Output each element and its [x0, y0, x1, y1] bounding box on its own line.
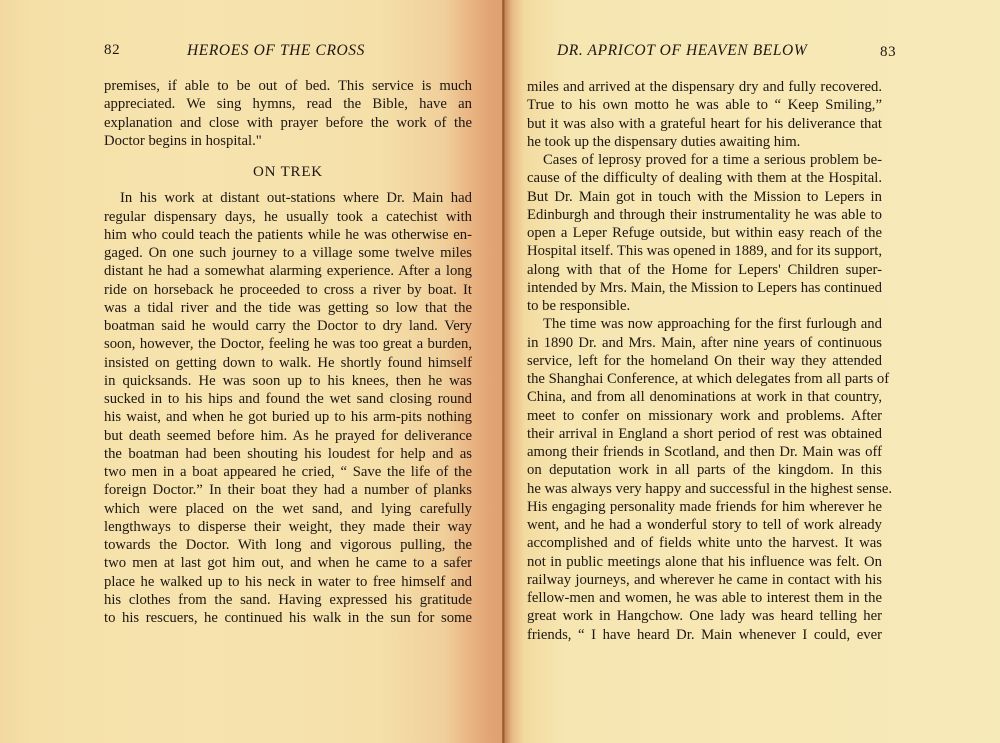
text-line: In his work at distant out-stations wher…: [104, 189, 472, 207]
text-line: But Dr. Main got in touch with the Missi…: [527, 188, 882, 206]
left-page: 82 HEROES OF THE CROSS premises, if able…: [0, 0, 505, 743]
text-line: railway journeys, and wherever he came i…: [527, 571, 882, 589]
text-line: Cases of leprosy proved for a time a ser…: [527, 151, 882, 169]
paragraph: miles and arrived at the dispensary dry …: [527, 78, 882, 151]
text-line: lengthways to disperse their weight, the…: [104, 518, 472, 536]
text-line: Doctor begins in hospital.": [104, 132, 472, 150]
text-line: the boatman had been shouting his loudes…: [104, 445, 472, 463]
text-line: appreciated. We sing hymns, read the Bib…: [104, 95, 472, 113]
text-line: accomplished and of fields white unto th…: [527, 534, 882, 552]
text-line: to be responsible.: [527, 297, 882, 315]
text-line: two men at last got him out, and when he…: [104, 554, 472, 572]
text-line: boatman said he would carry the Doctor t…: [104, 317, 472, 335]
text-line: sucked in to his hips and found the wet …: [104, 390, 472, 408]
text-line: he was always very happy and successful …: [527, 480, 882, 498]
text-line: friends, “ I have heard Dr. Main wheneve…: [527, 626, 882, 644]
text-line: soon, however, the Doctor, feeling he wa…: [104, 335, 472, 353]
text-line: place he walked up to his neck in water …: [104, 573, 472, 591]
text-line: among their friends in Scotland, and the…: [527, 443, 882, 461]
page-number: 82: [104, 42, 120, 59]
text-line: his waist, and when he got buried up to …: [104, 408, 472, 426]
text-line: intended by Mrs. Main, the Mission to Le…: [527, 279, 882, 297]
text-line: to his rescuers, he continued his walk i…: [104, 609, 472, 627]
text-line: insisted on getting down to walk. He sho…: [104, 354, 472, 372]
text-line: cause of the difficulty of dealing with …: [527, 169, 882, 187]
text-line: on deputation work in all parts of the k…: [527, 461, 882, 479]
text-line: ride on horseback he proceeded to cross …: [104, 281, 472, 299]
text-line: His engaging personality made friends fo…: [527, 498, 882, 516]
text-line: him who could teach the patients while h…: [104, 226, 472, 244]
text-line: China, and from all denominations at wor…: [527, 388, 882, 406]
text-line: open a Leper Refuge outside, but within …: [527, 224, 882, 242]
text-line: two men in a boat appeared he cried, “ S…: [104, 463, 472, 481]
page-number: 83: [880, 44, 896, 61]
text-line: The time was now approaching for the fir…: [527, 315, 882, 333]
text-line: great work in Hangchow. One lady was hea…: [527, 607, 882, 625]
paragraph: premises, if able to be out of bed. This…: [104, 77, 472, 150]
right-body-text: miles and arrived at the dispensary dry …: [527, 78, 882, 644]
text-line: along with that of the Home for Lepers' …: [527, 261, 882, 279]
text-line: but death seemed before him. As he praye…: [104, 427, 472, 445]
text-line: but it was also with a grateful heart fo…: [527, 115, 882, 133]
paragraph: Cases of leprosy proved for a time a ser…: [527, 151, 882, 315]
text-line: Edinburgh and through their instrumental…: [527, 206, 882, 224]
running-head-title: HEROES OF THE CROSS: [187, 42, 365, 60]
text-line: explanation and close with prayer before…: [104, 114, 472, 132]
text-line: which were placed on the wet sand, and l…: [104, 500, 472, 518]
right-page: DR. APRICOT OF HEAVEN BELOW 83 miles and…: [505, 0, 1000, 743]
text-line: in 1890 Dr. and Mrs. Main, after nine ye…: [527, 334, 882, 352]
text-line: he took up the dispensary duties awaitin…: [527, 133, 882, 151]
text-line: not in public meetings alone that his in…: [527, 553, 882, 571]
text-line: distant he had a somewhat alarming exper…: [104, 262, 472, 280]
paragraph: The time was now approaching for the fir…: [527, 315, 882, 644]
text-line: fellow-men and women, he was able to int…: [527, 589, 882, 607]
text-line: their arrival in England a short period …: [527, 425, 882, 443]
text-line: meet to confer on missionary work and pr…: [527, 407, 882, 425]
text-line: gaged. On one such journey to a village …: [104, 244, 472, 262]
left-body-text: premises, if able to be out of bed. This…: [104, 77, 472, 627]
text-line: Hospital itself. This was opened in 1889…: [527, 242, 882, 260]
paragraph: In his work at distant out-stations wher…: [104, 189, 472, 627]
book-spread: 82 HEROES OF THE CROSS premises, if able…: [0, 0, 1000, 743]
running-head-title: DR. APRICOT OF HEAVEN BELOW: [557, 42, 807, 60]
text-line: went, and he had a wonderful story to te…: [527, 516, 882, 534]
section-heading: ON TREK: [104, 163, 472, 181]
text-line: service, left for the homeland On their …: [527, 352, 882, 370]
text-line: in quicksands. He was soon up to his kne…: [104, 372, 472, 390]
text-line: was a tidal river and the tide was getti…: [104, 299, 472, 317]
text-line: miles and arrived at the dispensary dry …: [527, 78, 882, 96]
text-line: regular dispensary days, he usually took…: [104, 208, 472, 226]
text-line: foreign Doctor.” In their boat they had …: [104, 481, 472, 499]
text-line: the Shanghai Conference, at which delega…: [527, 370, 882, 388]
text-line: his clothes from the sand. Having expres…: [104, 591, 472, 609]
text-line: towards the Doctor. With long and vigoro…: [104, 536, 472, 554]
text-line: premises, if able to be out of bed. This…: [104, 77, 472, 95]
text-line: True to his own motto he was able to “ K…: [527, 96, 882, 114]
